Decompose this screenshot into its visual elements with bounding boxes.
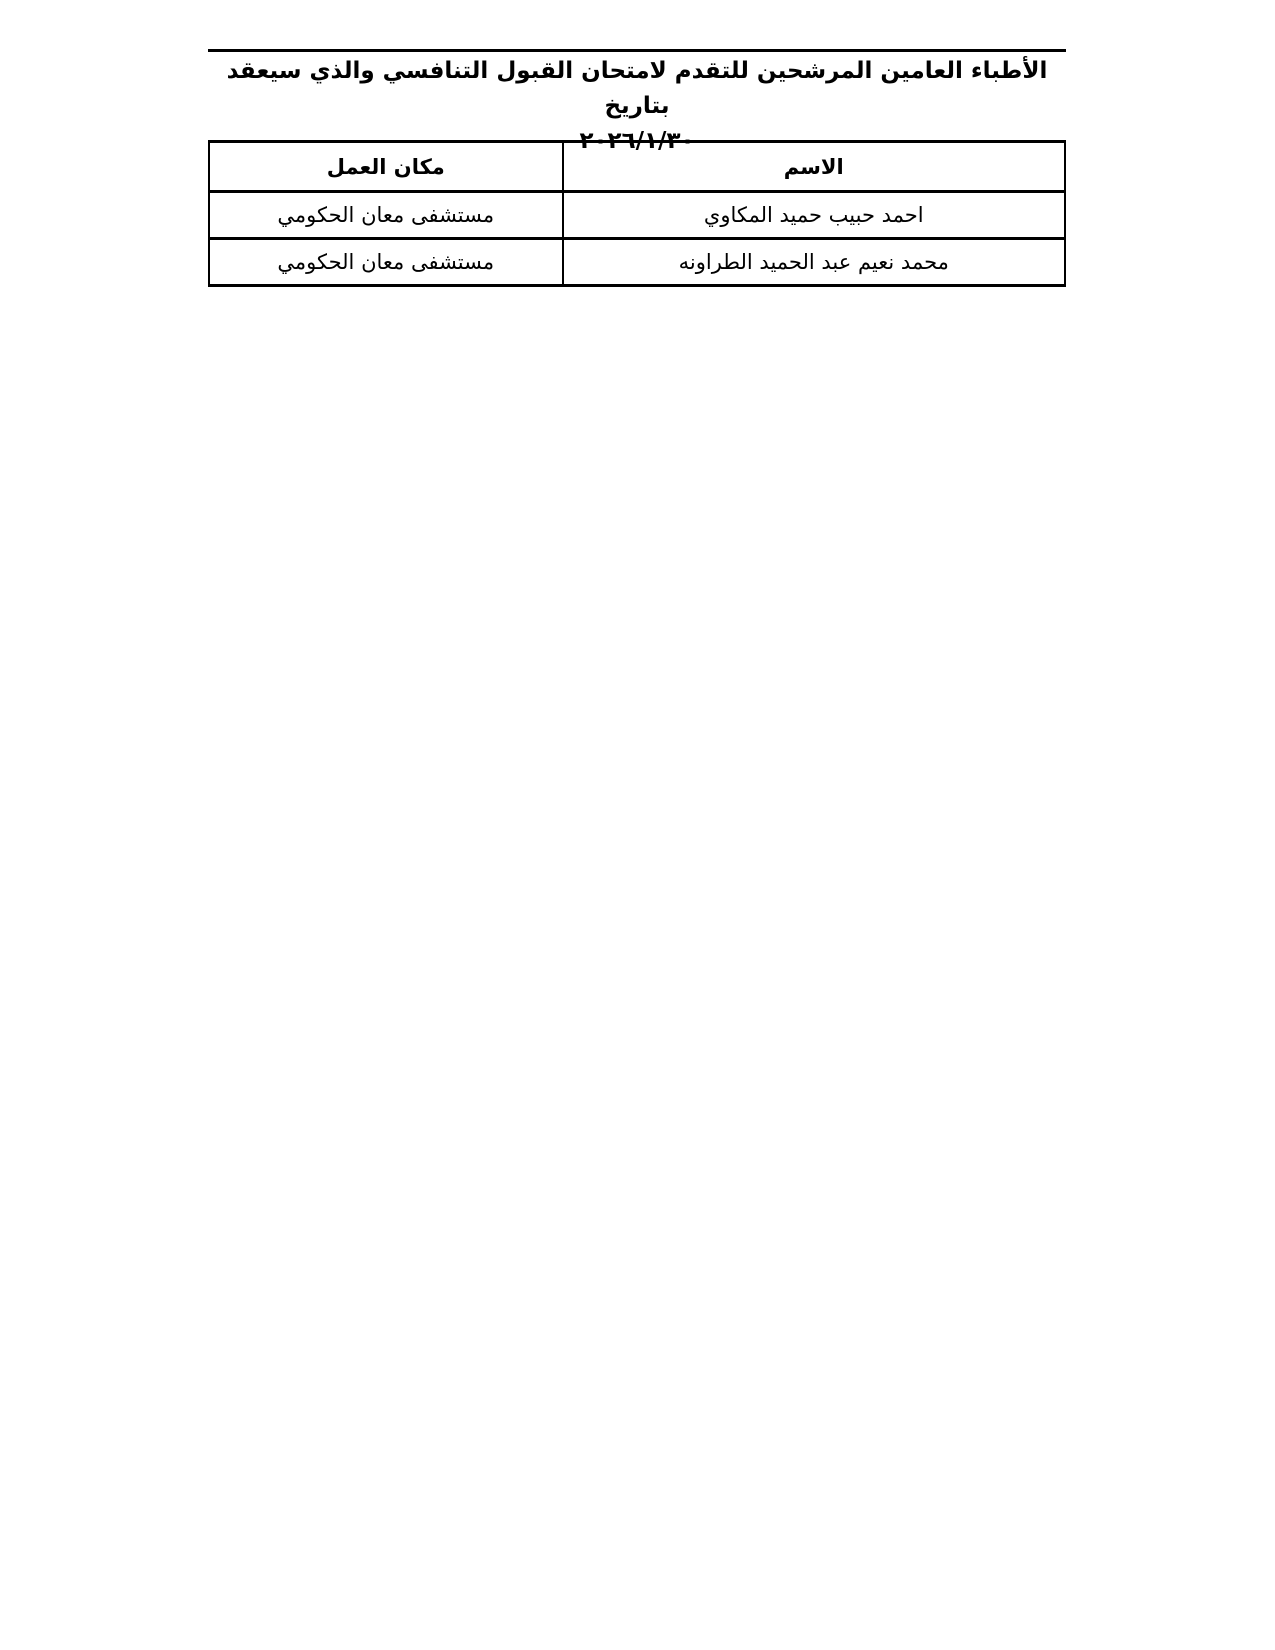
cell-candidate-name: احمد حبيب حميد المكاوي [563, 192, 1065, 239]
cell-workplace: مستشفى معان الحكومي [209, 239, 563, 286]
cell-workplace: مستشفى معان الحكومي [209, 192, 563, 239]
table-row: احمد حبيب حميد المكاوي مستشفى معان الحكو… [209, 192, 1065, 239]
cell-candidate-name: محمد نعيم عبد الحميد الطراونه [563, 239, 1065, 286]
column-header-name: الاسم [563, 142, 1065, 192]
page-title: الأطباء العامين المرشحين للتقدم لامتحان … [208, 54, 1066, 124]
document-page: الأطباء العامين المرشحين للتقدم لامتحان … [0, 0, 1275, 1650]
column-header-workplace: مكان العمل [209, 142, 563, 192]
table-header-row: الاسم مكان العمل [209, 142, 1065, 192]
candidates-table: الاسم مكان العمل احمد حبيب حميد المكاوي … [208, 140, 1066, 287]
table-row: محمد نعيم عبد الحميد الطراونه مستشفى معا… [209, 239, 1065, 286]
title-top-rule [208, 49, 1066, 52]
